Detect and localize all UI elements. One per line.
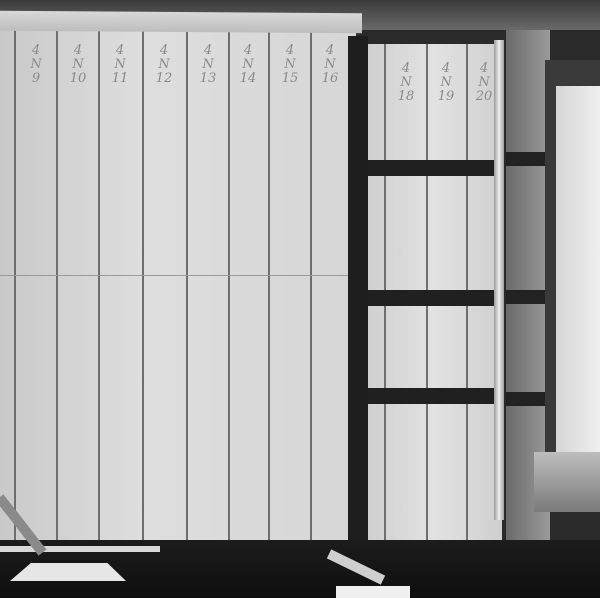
panel-label: 4 N 9: [18, 44, 54, 86]
doorway: [556, 86, 600, 456]
panel-label: 4 N 10: [60, 44, 96, 86]
side-brace: [506, 392, 546, 406]
panel-label: 4 N 12: [146, 44, 182, 86]
panel-label: 4 N 19: [428, 62, 464, 104]
plank-seam: [310, 30, 312, 542]
side-brace: [506, 152, 546, 166]
photograph: 4 N 9 4 N 10 4 N 11 4 N 12 4 N 13 4 N 14…: [0, 0, 600, 598]
left-plank-wall: 4 N 9 4 N 10 4 N 11 4 N 12 4 N 13 4 N 14…: [0, 30, 356, 542]
panel-label: 4 N 14: [230, 44, 266, 86]
plank-seam: [98, 30, 100, 542]
panel-label: 4 N 16: [312, 44, 348, 86]
wall-brace: [366, 388, 502, 404]
top-rail: [0, 11, 362, 34]
window-sill: [534, 452, 600, 512]
plank-seam: [228, 30, 230, 542]
plank-seam: [56, 30, 58, 542]
panel-label: 4 N 11: [102, 44, 138, 86]
plank-seam: [186, 30, 188, 542]
plank-seam: [14, 30, 16, 542]
wall-brace: [366, 290, 502, 306]
debris-wood: [336, 586, 410, 598]
baseboard: [0, 546, 160, 552]
panel-label: 4 N 13: [190, 44, 226, 86]
pipe: [494, 40, 504, 520]
panel-label: 4 N 15: [272, 44, 308, 86]
side-brace: [506, 290, 546, 304]
panel-label: 4 N 18: [388, 62, 424, 104]
plank-seam: [268, 30, 270, 542]
plank-seam: [142, 30, 144, 542]
corner-post: [348, 36, 368, 546]
horizontal-seam: [0, 275, 356, 276]
wall-brace: [366, 160, 502, 176]
